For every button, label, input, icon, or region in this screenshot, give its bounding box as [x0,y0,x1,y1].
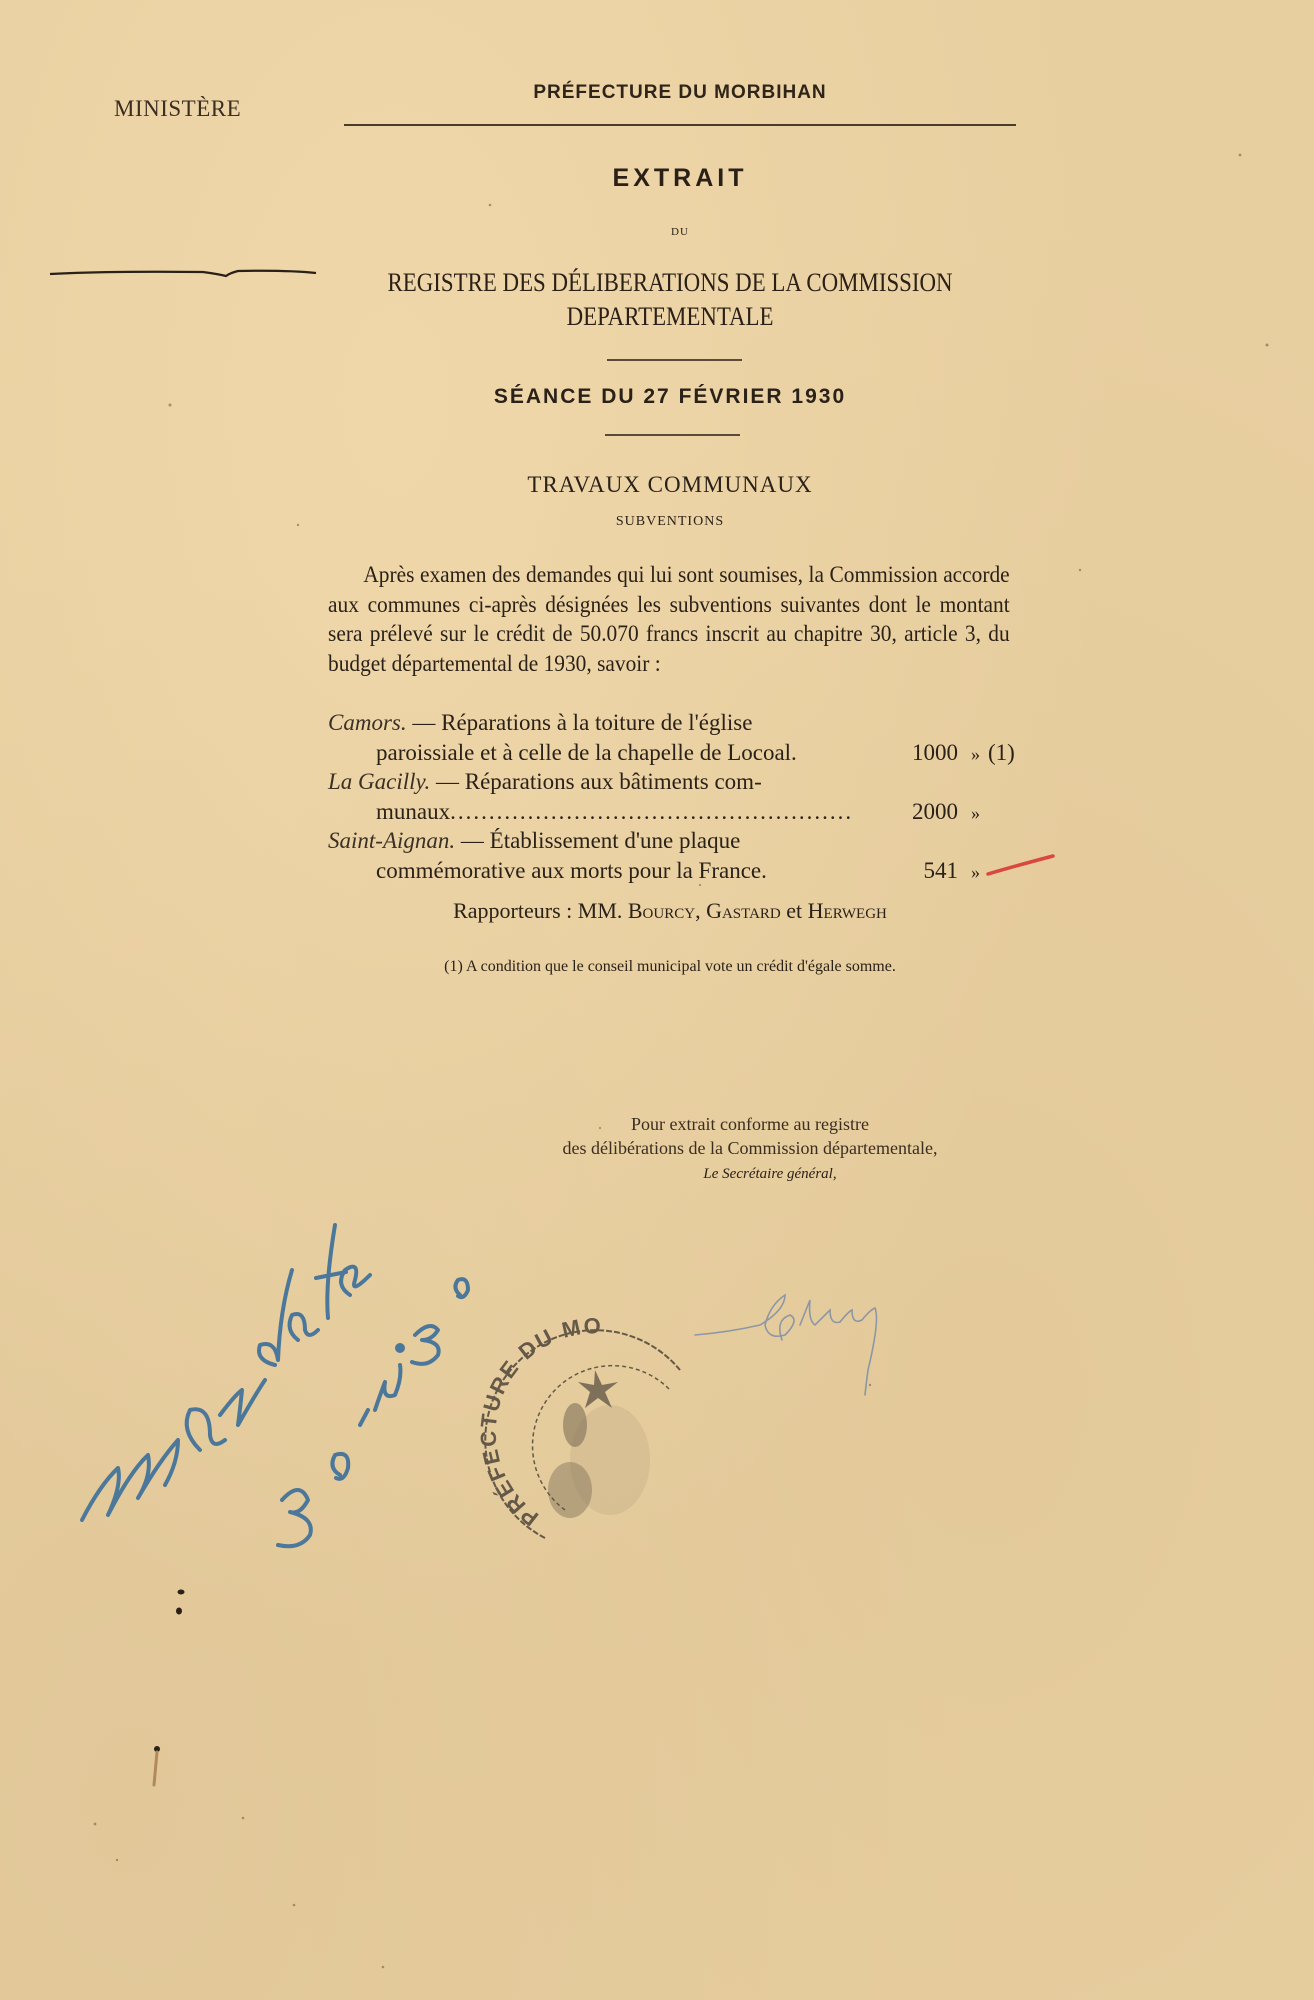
ditto-mark: » [971,799,980,829]
entry-description-cont: munaux [376,797,450,827]
entry-description: — Réparations à la toiture de l'église [407,710,753,735]
red-pencil-tick [985,852,1057,878]
document-title: EXTRAIT [344,164,1016,193]
subsidy-entry: Camors. — Réparations à la toiture de l'… [328,708,1058,767]
entry-amount: 541 [888,856,958,886]
registre-heading: REGISTRE DES DÉLIBERATIONS DE LA COMMISS… [300,266,1040,334]
session-date: SÉANCE DU 27 FÉVRIER 1930 [300,385,1040,409]
entry-description: — Établissement d'une plaque [455,828,740,853]
ditto-mark: » [971,740,980,770]
signature [690,1280,920,1410]
divider-rule [607,359,742,361]
rapporteur-name: Herwegh [808,898,887,923]
rapporteur-name: Bourcy [628,898,695,923]
entry-description: — Réparations aux bâtiments com- [430,769,762,794]
section-subtitle: SUBVENTIONS [300,514,1040,530]
registre-line-1: REGISTRE DES DÉLIBERATIONS DE LA COMMISS… [387,266,952,300]
entry-amount: 1000 [888,738,958,768]
commune-name: Camors. [328,710,407,735]
rapporteurs-line: Rapporteurs : MM. Bourcy, Gastard et Her… [300,898,1040,924]
section-title: TRAVAUX COMMUNAUX [300,472,1040,498]
subsidy-entry: Saint-Aignan. — Établissement d'une plaq… [328,826,1058,885]
entry-amount: 2000 [888,797,958,827]
flourish-rule [48,268,318,278]
ditto-mark: » [971,858,980,888]
entry-description-cont: paroissiale et à celle de la chapelle de… [376,738,797,768]
signatory-title: Le Secrétaire général, [470,1166,1030,1183]
certification-line-1: Pour extrait conforme au registre [470,1112,1030,1136]
divider-rule [605,434,740,436]
intro-text: Après examen des demandes qui lui sont s… [328,560,1010,678]
handwritten-annotation [60,1200,520,1580]
dot-leader: ........................................… [450,797,876,827]
commune-name: Saint-Aignan. [328,828,455,853]
certification-block: Pour extrait conforme au registre des dé… [470,1112,1030,1160]
subsidy-entry: La Gacilly. — Réparations aux bâtiments … [328,767,1058,826]
footnote-ref: (1) [988,738,1015,768]
entry-description-cont: commémorative aux morts pour la France. [376,856,767,886]
header-rule [344,124,1016,126]
commune-name: La Gacilly. [328,769,430,794]
registre-line-2: DEPARTEMENTALE [387,300,952,334]
intro-paragraph: Après examen des demandes qui lui sont s… [328,560,1010,678]
prefecture-heading: PRÉFECTURE DU MORBIHAN [344,82,1016,104]
certification-line-2: des délibérations de la Commission dépar… [470,1136,1030,1160]
ministry-label: MINISTÈRE [114,96,241,122]
footnote: (1) A condition que le conseil municipal… [300,958,1040,976]
rapporteur-name: Gastard [706,898,781,923]
du-label: DU [344,226,1016,238]
